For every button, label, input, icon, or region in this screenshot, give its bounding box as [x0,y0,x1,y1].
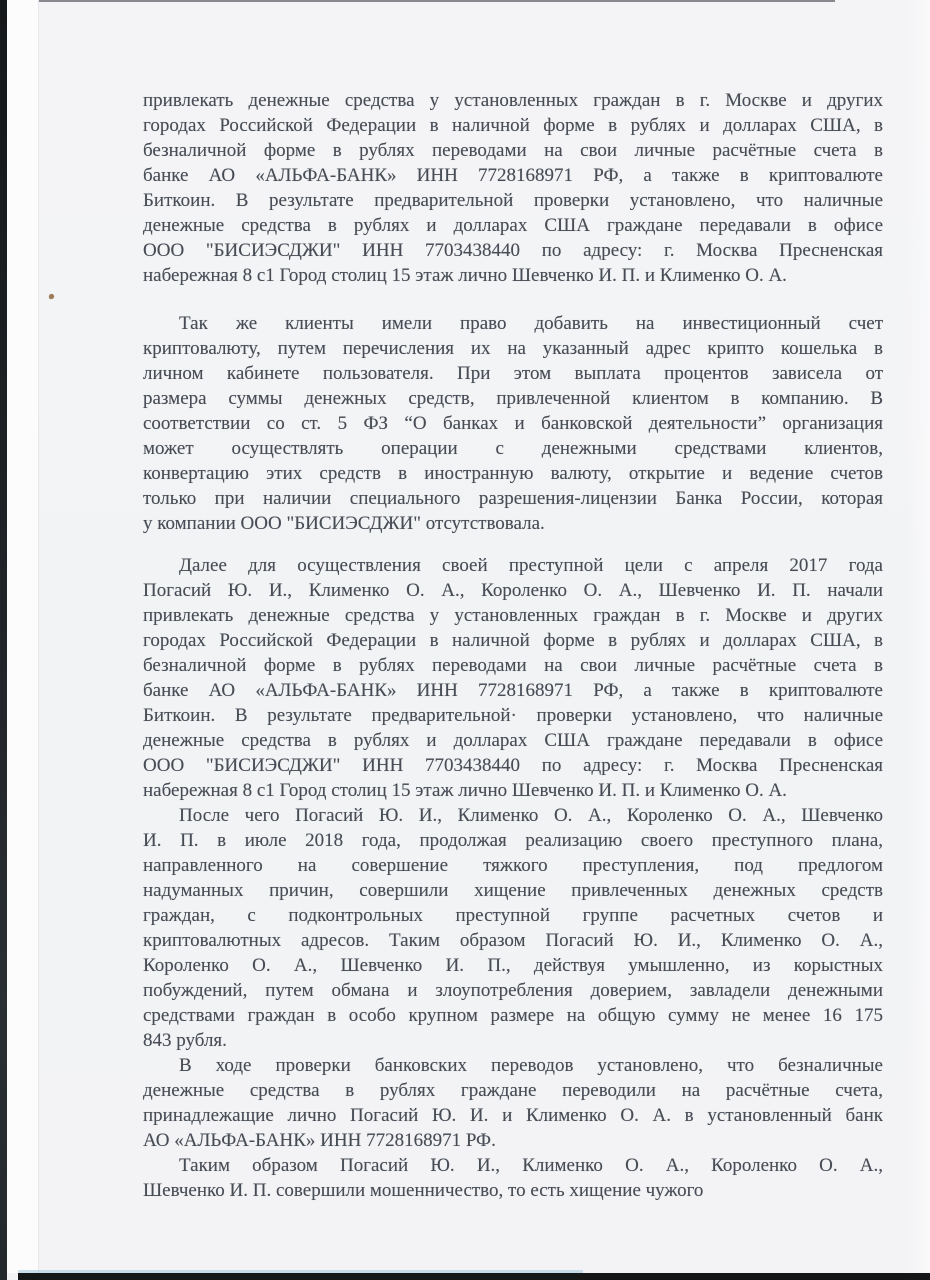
text-line: размера суммы денежных средств, привлече… [143,386,883,411]
text-line: может осуществлять операции с денежными … [143,436,883,461]
paragraph: После чего Погасий Ю. И., Клименко О. А.… [143,803,883,1053]
text-line: ООО "БИСИЭСДЖИ" ИНН 7703438440 по адресу… [143,753,883,778]
text-line: привлекать денежные средства у установле… [143,88,883,113]
text-line: 843 рубля. [143,1028,883,1053]
text-line: денежные средства в рублях граждане пере… [143,1078,883,1103]
text-line: После чего Погасий Ю. И., Клименко О. А.… [143,803,883,828]
text-line: надуманных причин, совершили хищение при… [143,878,883,903]
scan-top-edge [0,0,835,2]
text-line: банке АО «АЛЬФА-БАНК» ИНН 7728168971 РФ,… [143,163,883,188]
text-line: Таким образом Погасий Ю. И., Клименко О.… [143,1153,883,1178]
text-line: Так же клиенты имели право добавить на и… [143,311,883,336]
scan-bottom-edge [18,1273,930,1280]
text-line: у компании ООО "БИСИЭСДЖИ" отсутствовала… [143,511,883,536]
text-line: денежные средства в рублях и долларах СШ… [143,728,883,753]
text-line: привлекать денежные средства у установле… [143,603,883,628]
text-line: АО «АЛЬФА-БАНК» ИНН 7728168971 РФ. [143,1128,883,1153]
paragraph: Далее для осуществления своей преступной… [143,553,883,803]
text-line: Шевченко И. П. совершили мошенничество, … [143,1178,883,1203]
paragraph: привлекать денежные средства у установле… [143,88,883,288]
text-line: направленного на совершение тяжкого прес… [143,853,883,878]
text-line: городах Российской Федерации в наличной … [143,628,883,653]
text-line: криптовалюту, путем перечисления их на у… [143,336,883,361]
text-line: средствами граждан в особо крупном разме… [143,1003,883,1028]
text-line: криптовалютных адресов. Таким образом По… [143,928,883,953]
text-line: В ходе проверки банковских переводов уст… [143,1053,883,1078]
paper-edge-band [7,0,39,1273]
text-line: побуждений, путем обмана и злоупотреблен… [143,978,883,1003]
text-line: Биткоин. В результате предварительной пр… [143,188,883,213]
text-line: личном кабинете пользователя. При этом в… [143,361,883,386]
text-line: Далее для осуществления своей преступной… [143,553,883,578]
text-line: граждан, с подконтрольных преступной гру… [143,903,883,928]
paper-right-highlight [904,0,930,1273]
text-line: Погасий Ю. И., Клименко О. А., Короленко… [143,578,883,603]
ink-speck [49,294,54,299]
text-line: соответствии со ст. 5 ФЗ “О банках и бан… [143,411,883,436]
paragraph: Так же клиенты имели право добавить на и… [143,311,883,536]
text-line: ООО "БИСИЭСДЖИ" ИНН 7703438440 по адресу… [143,238,883,263]
text-line: Биткоин. В результате предварительной· п… [143,703,883,728]
document-text: привлекать денежные средства у установле… [143,88,883,1203]
text-line: безналичной форме в рублях переводами на… [143,653,883,678]
text-line: банке АО «АЛЬФА-БАНК» ИНН 7728168971 РФ,… [143,678,883,703]
text-line: конвертацию этих средств в иностранную в… [143,461,883,486]
paragraph: Таким образом Погасий Ю. И., Клименко О.… [143,1153,883,1203]
text-line: Короленко О. А., Шевченко И. П., действу… [143,953,883,978]
text-line: набережная 8 с1 Город столиц 15 этаж лич… [143,263,883,288]
text-line: только при наличии специального разрешен… [143,486,883,511]
scanned-page: привлекать денежные средства у установле… [0,0,930,1280]
text-line: безналичной форме в рублях переводами на… [143,138,883,163]
scan-left-edge [0,0,7,1280]
text-line: городах Российской Федерации в наличной … [143,113,883,138]
text-line: И. П. в июле 2018 года, продолжая реализ… [143,828,883,853]
text-line: денежные средства в рублях и долларах СШ… [143,213,883,238]
text-line: принадлежащие лично Погасий Ю. И. и Клим… [143,1103,883,1128]
paragraph: В ходе проверки банковских переводов уст… [143,1053,883,1153]
text-line: набережная 8 с1 Город столиц 15 этаж лич… [143,778,883,803]
